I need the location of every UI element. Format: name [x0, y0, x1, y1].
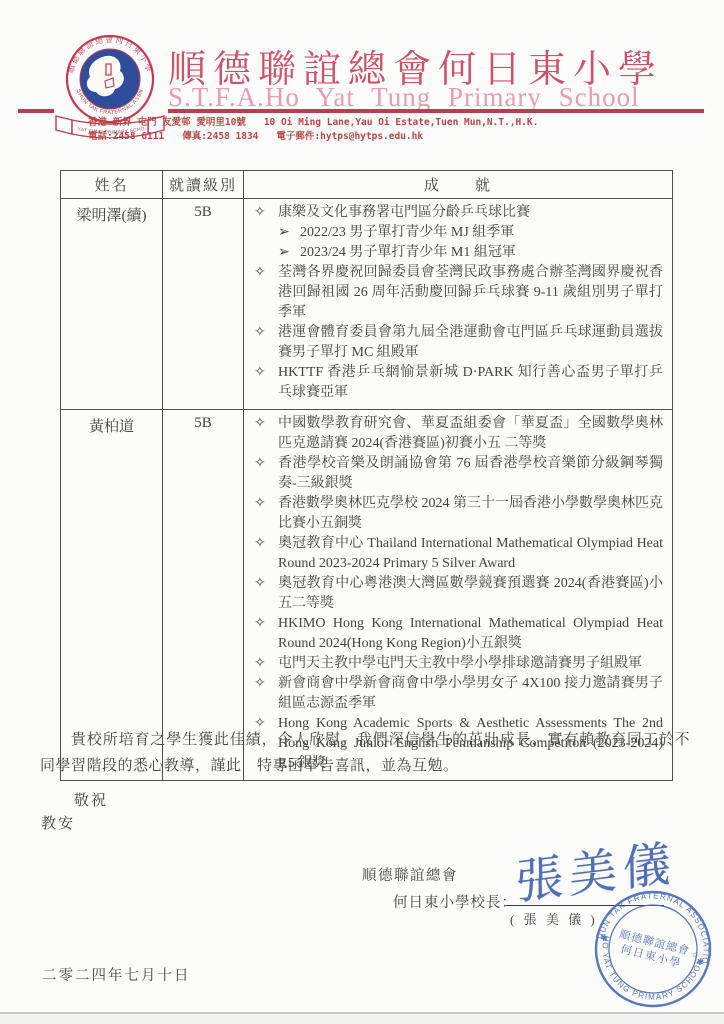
header-rule-right — [168, 109, 704, 113]
achievement-subitem: ➢2023/24 男子單打青少年 M1 組冠軍 — [251, 243, 663, 263]
achievement-text: HKIMO Hong Kong International Mathematic… — [278, 614, 663, 654]
achievement-item: ✧奧冠教育中心 Thailand International Mathemati… — [251, 534, 663, 574]
diamond-bullet-icon: ✧ — [251, 494, 278, 534]
achievement-subitem: ➢2022/23 男子單打青少年 MJ 組季軍 — [251, 223, 663, 243]
diamond-bullet-icon: ✧ — [251, 574, 278, 614]
achievement-item: ✧新會商會中學新會商會中學小學男女子 4X100 接力邀請賽男子組區志源盃季軍 — [251, 674, 663, 714]
achievement-item: ✧康樂及文化事務署屯門區分齡乒乓球比賽 — [251, 203, 663, 223]
address-english: 10 Oi Ming Lane,Yau Oi Estate,Tuen Mun,N… — [264, 117, 539, 128]
diamond-bullet-icon: ✧ — [251, 674, 278, 714]
col-header-name: 姓名 — [61, 171, 163, 199]
achievement-text: 奧冠教育中心 Thailand International Mathematic… — [278, 534, 663, 574]
col-header-class: 就讀級別 — [163, 171, 244, 199]
diamond-bullet-icon: ✧ — [251, 323, 278, 363]
signature-org-name: 順德聯誼總會 — [362, 864, 458, 885]
letter-date: 二零二四年七月十日 — [42, 964, 191, 985]
achievements-cell: ✧康樂及文化事務署屯門區分齡乒乓球比賽➢2022/23 男子單打青少年 MJ 組… — [244, 199, 673, 410]
achievement-text: 港運會體育委員會第九屆全港運動會屯門區乒乓球運動員選拔賽男子單打 MC 組殿軍 — [278, 323, 663, 363]
diamond-bullet-icon: ✧ — [251, 614, 278, 654]
table-header-row: 姓名 就讀級別 成 就 — [61, 171, 673, 199]
principal-signature-label: 何日東小學校長： — [393, 891, 517, 912]
diamond-bullet-icon: ✧ — [251, 203, 278, 223]
achievement-text: 香港數學奧林匹克學校 2024 第三十一屆香港小學數學奧林匹克比賽小五銅獎 — [278, 494, 663, 534]
diamond-bullet-icon: ✧ — [251, 414, 278, 454]
table-row: 梁明澤(續)5B✧康樂及文化事務署屯門區分齡乒乓球比賽➢2022/23 男子單打… — [61, 199, 673, 410]
diamond-bullet-icon: ✧ — [251, 454, 278, 494]
diamond-bullet-icon: ✧ — [251, 534, 278, 574]
achievement-item: ✧港運會體育委員會第九屆全港運動會屯門區乒乓球運動員選拔賽男子單打 MC 組殿軍 — [251, 323, 663, 363]
achievement-item: ✧香港數學奧林匹克學校 2024 第三十一屆香港小學數學奧林匹克比賽小五銅獎 — [251, 494, 663, 534]
letter-page: 順德聯誼總會何日東小學 SHUN TAK FRATERNAL ASSN HO Y… — [0, 0, 724, 1024]
achievement-text: 中國數學教育研究會、華夏盃組委會「華夏盃」全國數學奧林匹克邀請賽 2024(香港… — [278, 414, 663, 454]
arrow-bullet-icon: ➢ — [275, 223, 300, 243]
achievement-item: ✧奧冠教育中心粵港澳大灣區數學競賽預選賽 2024(香港賽區)小五二等獎 — [251, 574, 663, 614]
achievement-table-body: 梁明澤(續)5B✧康樂及文化事務署屯門區分齡乒乓球比賽➢2022/23 男子單打… — [61, 199, 673, 781]
achievement-item: ✧HKTTF 香港乒乓網愉景新城 D·PARK 知行善心盃男子單打乒乓球賽亞軍 — [251, 363, 663, 403]
salutation-line1: 敬祝 — [74, 789, 108, 810]
diamond-bullet-icon: ✧ — [251, 263, 278, 323]
achievement-text: HKTTF 香港乒乓網愉景新城 D·PARK 知行善心盃男子單打乒乓球賽亞軍 — [278, 363, 663, 403]
school-stamp: SHUN TAK FRATERNAL ASSOCIATION HO YAT TU… — [591, 887, 715, 1011]
phone-number: 電話:2458 6111 — [88, 131, 164, 142]
achievement-item: ✧中國數學教育研究會、華夏盃組委會「華夏盃」全國數學奧林匹克邀請賽 2024(香… — [251, 414, 663, 454]
student-class-cell: 5B — [163, 410, 244, 781]
email-address: 電子郵件:hytps@hytps.edu.hk — [276, 131, 423, 142]
achievements-cell: ✧中國數學教育研究會、華夏盃組委會「華夏盃」全國數學奧林匹克邀請賽 2024(香… — [244, 410, 673, 781]
achievement-text: 新會商會中學新會商會中學小學男女子 4X100 接力邀請賽男子組區志源盃季軍 — [278, 674, 663, 714]
student-class-cell: 5B — [163, 199, 244, 410]
scan-bottom-edge — [0, 1012, 724, 1024]
diamond-bullet-icon: ✧ — [251, 363, 278, 403]
student-name-cell: 梁明澤(續) — [61, 199, 163, 410]
arrow-bullet-icon: ➢ — [275, 243, 300, 263]
achievement-text: 奧冠教育中心粵港澳大灣區數學競賽預選賽 2024(香港賽區)小五二等獎 — [278, 574, 663, 614]
achievement-text: 屯門天主教中學屯門天主教中學小學排球邀請賽男子組殿軍 — [278, 654, 663, 674]
achievement-subtext: 2022/23 男子單打青少年 MJ 組季軍 — [300, 223, 663, 243]
crest-ribbon-left-tail — [56, 116, 72, 134]
student-name-cell: 黃柏道 — [61, 410, 163, 781]
achievement-table: 姓名 就讀級別 成 就 梁明澤(續)5B✧康樂及文化事務署屯門區分齡乒乓球比賽➢… — [60, 170, 673, 781]
address-line1: 香港 新界 屯門 友愛邨 愛明里10號10 Oi Ming Lane,Yau O… — [88, 116, 538, 130]
col-header-achievement: 成 就 — [244, 171, 673, 199]
diamond-bullet-icon: ✧ — [251, 654, 278, 674]
table-row: 黃柏道5B✧中國數學教育研究會、華夏盃組委會「華夏盃」全國數學奧林匹克邀請賽 2… — [61, 410, 673, 781]
fax-number: 傳真:2458 1834 — [182, 131, 258, 142]
achievement-text: 荃灣各界慶祝回歸委員會荃灣民政事務處合辦荃灣國界慶祝香港回歸祖國 26 周年活動… — [278, 263, 663, 323]
achievement-item: ✧荃灣各界慶祝回歸委員會荃灣民政事務處合辦荃灣國界慶祝香港回歸祖國 26 周年活… — [251, 263, 663, 323]
achievement-item: ✧HKIMO Hong Kong International Mathemati… — [251, 614, 663, 654]
address-line2: 電話:2458 6111傳真:2458 1834電子郵件:hytps@hytps… — [88, 130, 538, 144]
achievement-text: 康樂及文化事務署屯門區分齡乒乓球比賽 — [278, 203, 663, 223]
address-block: 香港 新界 屯門 友愛邨 愛明里10號10 Oi Ming Lane,Yau O… — [88, 116, 538, 144]
header-rule-left — [18, 109, 54, 113]
achievement-text: 香港學校音樂及朗誦協會第 76 屆香港學校音樂節分級鋼琴獨奏-三級銀獎 — [278, 454, 663, 494]
closing-paragraph: 貴校所培育之學生獲此佳績，令人欣慰。我們深信學生的茁壯成長，實有賴教育同工於不同… — [40, 728, 690, 779]
achievement-item: ✧屯門天主教中學屯門天主教中學小學排球邀請賽男子組殿軍 — [251, 654, 663, 674]
salutation-line2: 教安 — [41, 812, 75, 833]
achievement-item: ✧香港學校音樂及朗誦協會第 76 屆香港學校音樂節分級鋼琴獨奏-三級銀獎 — [251, 454, 663, 494]
address-chinese: 香港 新界 屯門 友愛邨 愛明里10號 — [88, 117, 246, 128]
achievement-subtext: 2023/24 男子單打青少年 M1 組冠軍 — [300, 243, 663, 263]
